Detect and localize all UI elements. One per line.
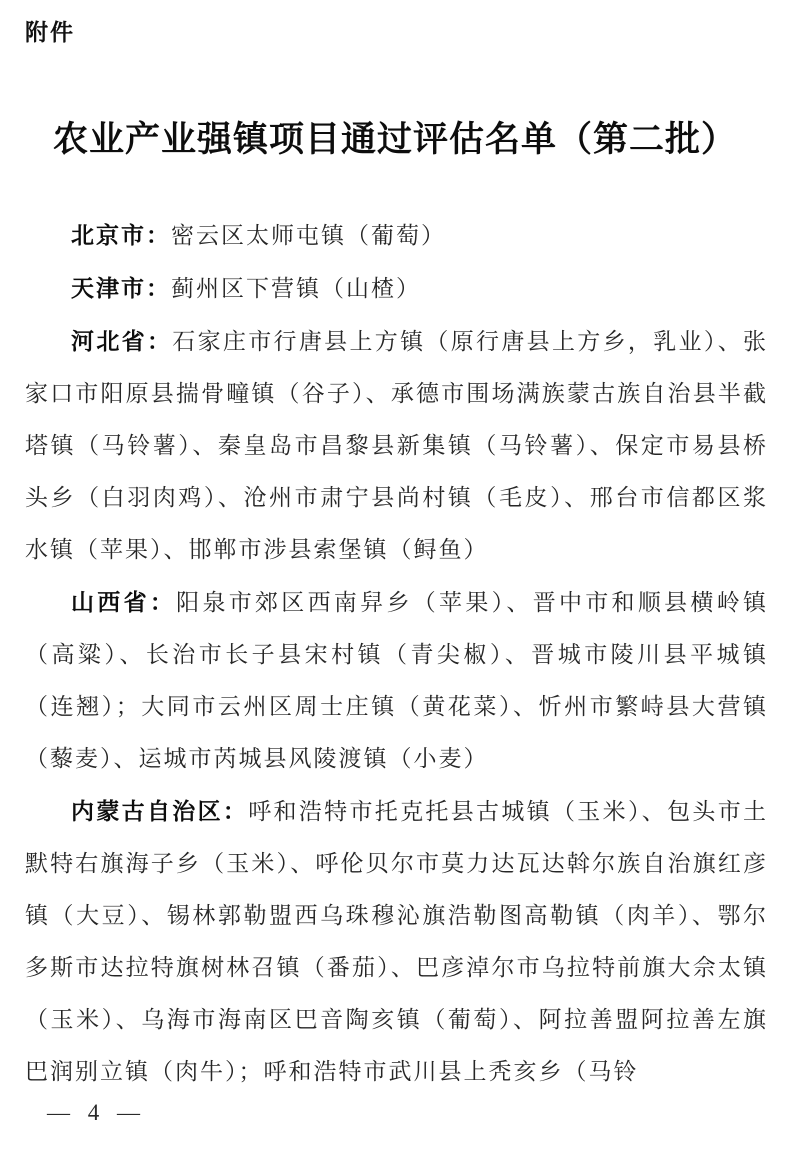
region-paragraph: 山西省：阳泉市郊区西南舁乡（苹果）、晋中市和顺县横岭镇（高粱）、长治市长子县宋村… (25, 576, 768, 785)
region-label: 天津市： (71, 275, 171, 301)
region-content: 石家庄市行唐县上方镇（原行唐县上方乡，乳业）、张家口市阳原县揣骨疃镇（谷子）、承… (25, 329, 768, 562)
region-label: 河北省： (71, 328, 172, 354)
region-paragraph: 河北省：石家庄市行唐县上方镇（原行唐县上方乡，乳业）、张家口市阳原县揣骨疃镇（谷… (25, 315, 768, 576)
region-content: 阳泉市郊区西南舁乡（苹果）、晋中市和顺县横岭镇（高粱）、长治市长子县宋村镇（青尖… (25, 590, 768, 771)
region-content: 呼和浩特市托克托县古城镇（玉米）、包头市土默特右旗海子乡（玉米）、呼伦贝尔市莫力… (25, 799, 768, 1084)
region-paragraph: 北京市：密云区太师屯镇（葡萄） (25, 209, 768, 262)
region-content: 蓟州区下营镇（山楂） (171, 276, 421, 301)
region-label: 北京市： (71, 222, 171, 248)
document-page: 附件 农业产业强镇项目通过评估名单（第二批） 北京市：密云区太师屯镇（葡萄）天津… (0, 0, 790, 1160)
page-title: 农业产业强镇项目通过评估名单（第二批） (0, 112, 790, 162)
region-label: 内蒙古自治区： (71, 798, 248, 824)
region-paragraph: 天津市：蓟州区下营镇（山楂） (25, 262, 768, 315)
page-number: — 4 — (47, 1100, 143, 1126)
region-paragraph: 内蒙古自治区：呼和浩特市托克托县古城镇（玉米）、包头市土默特右旗海子乡（玉米）、… (25, 785, 768, 1098)
region-label: 山西省： (71, 589, 176, 615)
document-body: 北京市：密云区太师屯镇（葡萄）天津市：蓟州区下营镇（山楂）河北省：石家庄市行唐县… (25, 209, 768, 1098)
attachment-label: 附件 (25, 14, 75, 47)
region-content: 密云区太师屯镇（葡萄） (171, 223, 446, 248)
